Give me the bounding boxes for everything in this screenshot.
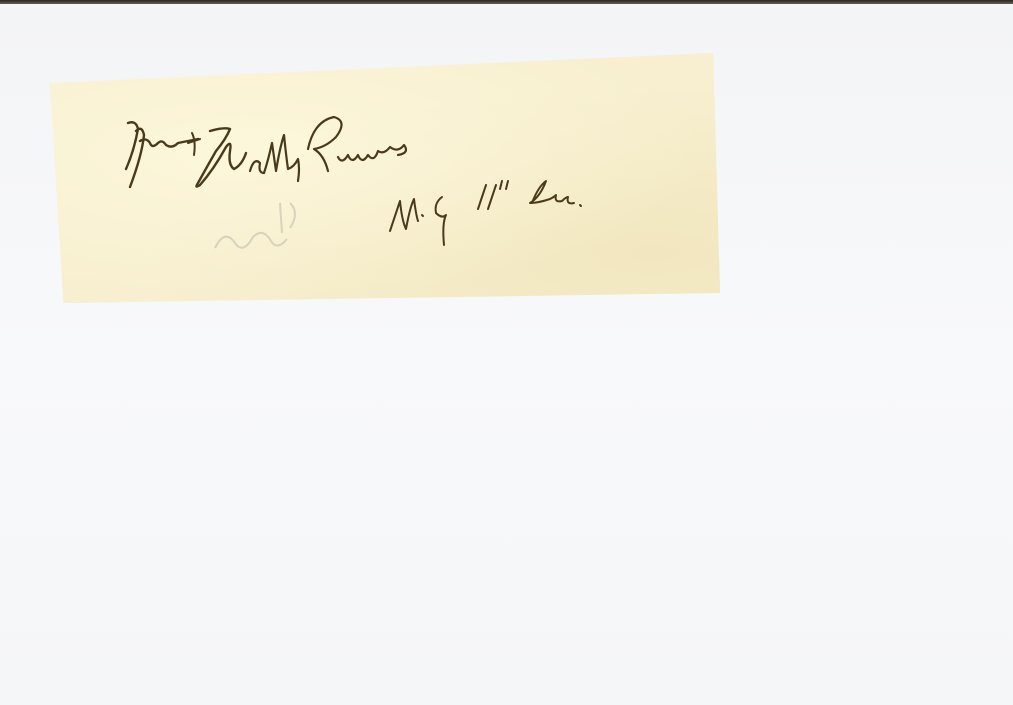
autograph-card: Yours truly Wallace Rivers M. C. 11th Il… <box>50 53 720 303</box>
handwriting <box>50 53 720 303</box>
